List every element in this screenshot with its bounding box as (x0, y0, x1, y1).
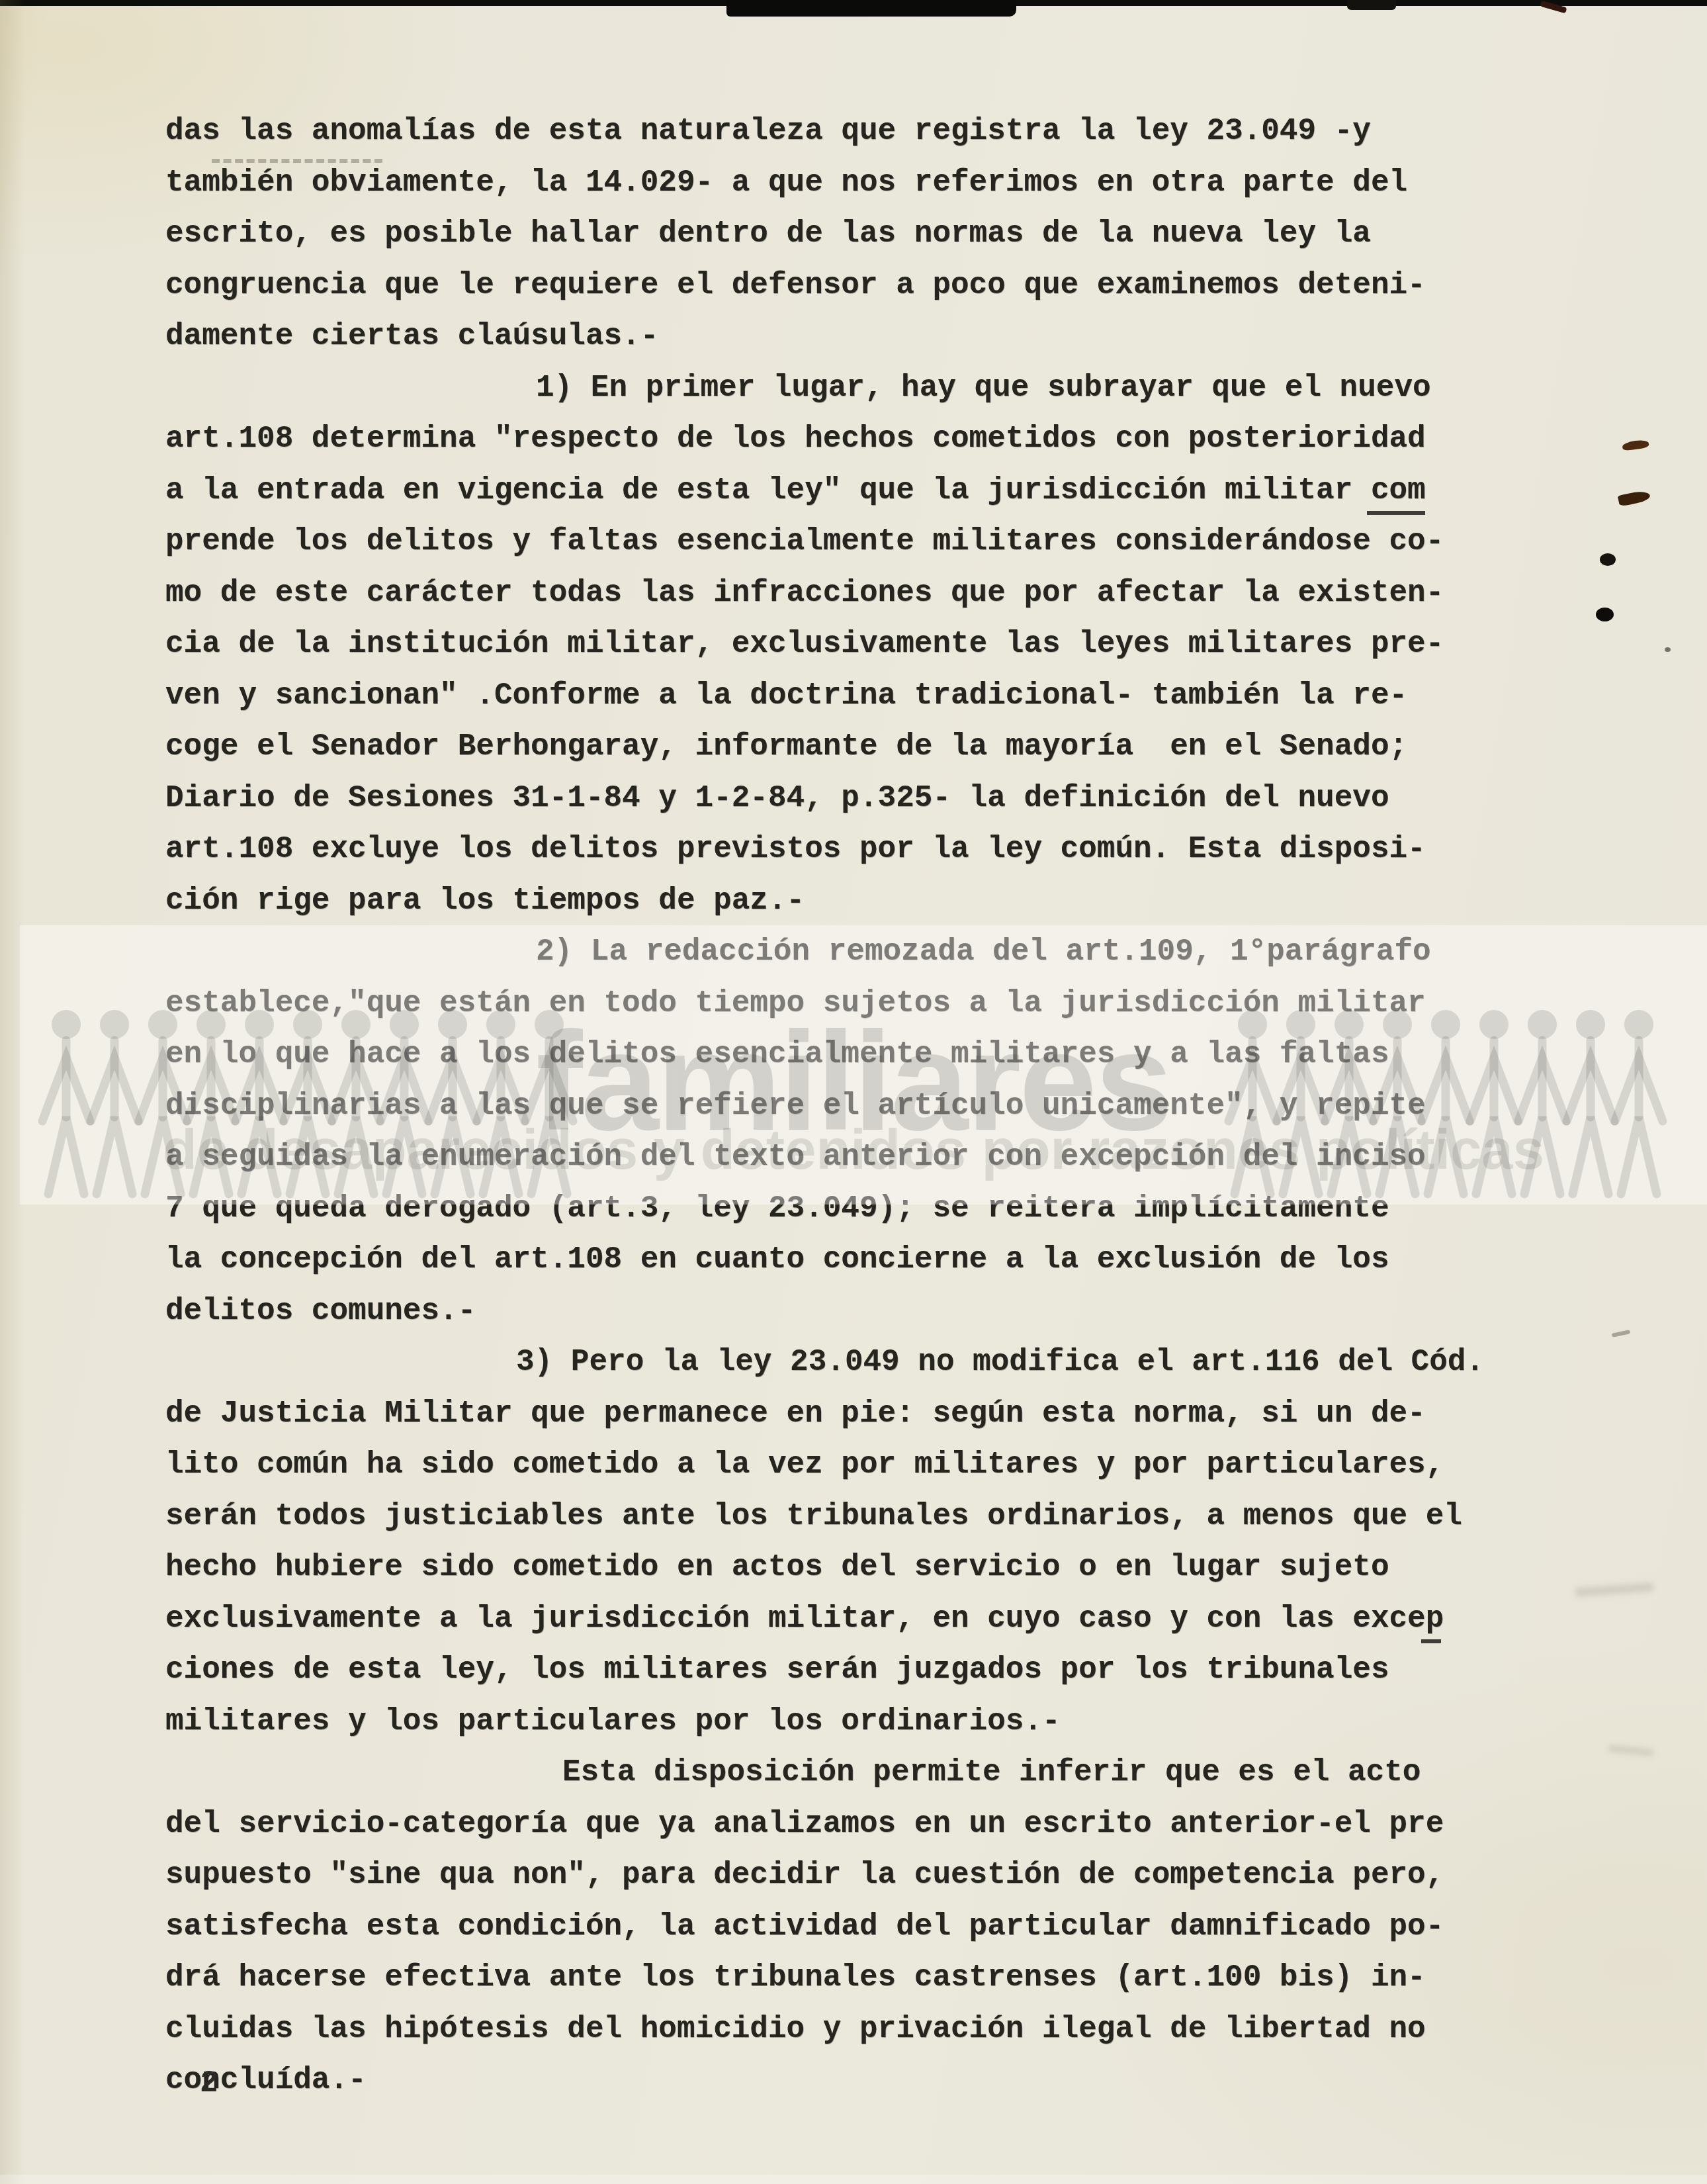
text-line: cia de la institución militar, exclusiva… (165, 619, 1522, 670)
page-number: 2 (200, 2064, 218, 2103)
text-line: damente ciertas claúsulas.- (165, 311, 1522, 363)
underline-mark-p (1421, 1639, 1441, 1643)
text-line: también obviamente, la 14.029- a que nos… (165, 158, 1522, 209)
bleedthrough-smudge (1608, 1745, 1655, 1756)
ink-speck (1612, 1330, 1631, 1338)
scan-edge-blob (726, 0, 1016, 17)
text-line: del servicio-categoría que ya analizamos… (165, 1799, 1522, 1850)
text-line: escrito, es posible hallar dentro de las… (165, 208, 1522, 260)
document-page: das las anomalías de esta naturaleza que… (0, 0, 1707, 2184)
text-line: satisfecha esta condición, la actividad … (165, 1901, 1522, 1953)
text-line: 3) Pero la ley 23.049 no modifica el art… (165, 1337, 1522, 1388)
text-line: supuesto "sine qua non", para decidir la… (165, 1850, 1522, 1901)
text-line: cluidas las hipótesis del homicidio y pr… (165, 2004, 1522, 2056)
text-line: ciones de esta ley, los militares serán … (165, 1645, 1522, 1696)
text-line: lito común ha sido cometido a la vez por… (165, 1439, 1522, 1491)
text-line: la concepción del art.108 en cuanto conc… (165, 1234, 1522, 1286)
text-line: coge el Senador Berhongaray, informante … (165, 721, 1522, 773)
text-line: art.108 excluye los delitos previstos po… (165, 824, 1522, 876)
text-line: prende los delitos y faltas esencialment… (165, 516, 1522, 568)
text-line: art.108 determina "respecto de los hecho… (165, 414, 1522, 465)
scan-edge-bottom (0, 2175, 1707, 2184)
pencil-dash-mark (212, 159, 382, 163)
bleedthrough-smudge (1575, 1582, 1655, 1597)
text-line: mo de este carácter todas las infraccion… (165, 568, 1522, 619)
text-line: concluída.- (165, 2055, 1522, 2107)
watermark-subtitle: de desaparecidos y detenidos por razones… (0, 1117, 1707, 1183)
text-line: 1) En primer lugar, hay que subrayar que… (165, 363, 1522, 414)
text-line: delitos comunes.- (165, 1286, 1522, 1338)
ink-speck (1596, 608, 1614, 621)
text-line: serán todos justiciables ante los tribun… (165, 1491, 1522, 1543)
text-line: militares y los particulares por los ord… (165, 1696, 1522, 1748)
text-line: a la entrada en vigencia de esta ley" qu… (165, 465, 1522, 517)
text-line: drá hacerse efectiva ante los tribunales… (165, 1952, 1522, 2004)
text-line: hecho hubiere sido cometido en actos del… (165, 1542, 1522, 1594)
text-line: congruencia que le requiere el defensor … (165, 260, 1522, 312)
underline-mark-com (1367, 511, 1425, 515)
text-line: das las anomalías de esta naturaleza que… (165, 106, 1522, 158)
ink-speck (1665, 647, 1671, 652)
scan-edge-blob (1347, 0, 1396, 10)
text-line: Esta disposición permite inferir que es … (165, 1747, 1522, 1799)
text-line: Diario de Sesiones 31-1-84 y 1-2-84, p.3… (165, 773, 1522, 825)
text-line: de Justicia Militar que permanece en pie… (165, 1388, 1522, 1440)
ink-speck (1622, 439, 1649, 451)
ink-speck (1600, 553, 1616, 566)
ink-speck (1618, 489, 1651, 507)
text-line: ven y sancionan" .Conforme a la doctrina… (165, 670, 1522, 722)
text-line: exclusivamente a la jurisdicción militar… (165, 1594, 1522, 1645)
text-line: ción rige para los tiempos de paz.- (165, 876, 1522, 927)
